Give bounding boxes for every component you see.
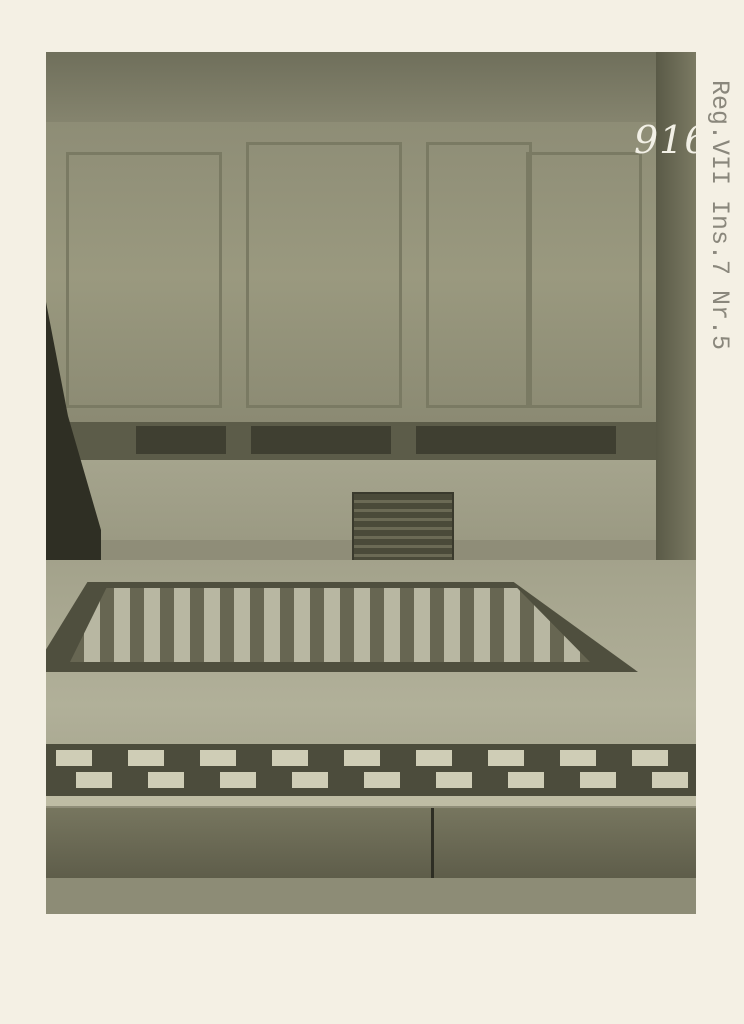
plate-number: 916. [634,118,696,162]
mosaic-tile [76,772,112,788]
mosaic-stripe [46,796,696,806]
mosaic-tile [292,772,328,788]
dado [46,460,656,540]
crack [431,808,434,878]
dark-frieze [46,422,656,460]
painted-wall [46,122,656,432]
mosaic-tile [220,772,256,788]
mosaic-tile [560,750,596,766]
archival-photograph: 916. [46,52,696,914]
caption: Reg.VII Ins.7 Nr.5 [700,80,730,480]
wall-panel [526,152,642,408]
mosaic-tile [632,750,668,766]
wall-panel [246,142,402,408]
mosaic-tile [344,750,380,766]
wall-panel [66,152,222,408]
mosaic-tile [148,772,184,788]
wall-panel [426,142,532,408]
curb [46,808,696,878]
mosaic-tile [652,772,688,788]
mosaic-tile [436,772,472,788]
mosaic-tile [416,750,452,766]
upper-frieze [46,52,696,122]
mosaic-tile [56,750,92,766]
street [46,878,696,914]
mosaic-emblema [70,588,590,662]
mosaic-tile [128,750,164,766]
mosaic-tile [508,772,544,788]
mosaic-threshold-band [46,744,696,796]
caption-text: Reg.VII Ins.7 Nr.5 [705,80,734,350]
mosaic-tile [488,750,524,766]
mosaic-tile [364,772,400,788]
mosaic-tile [200,750,236,766]
mosaic-tile [580,772,616,788]
mosaic-tile [272,750,308,766]
